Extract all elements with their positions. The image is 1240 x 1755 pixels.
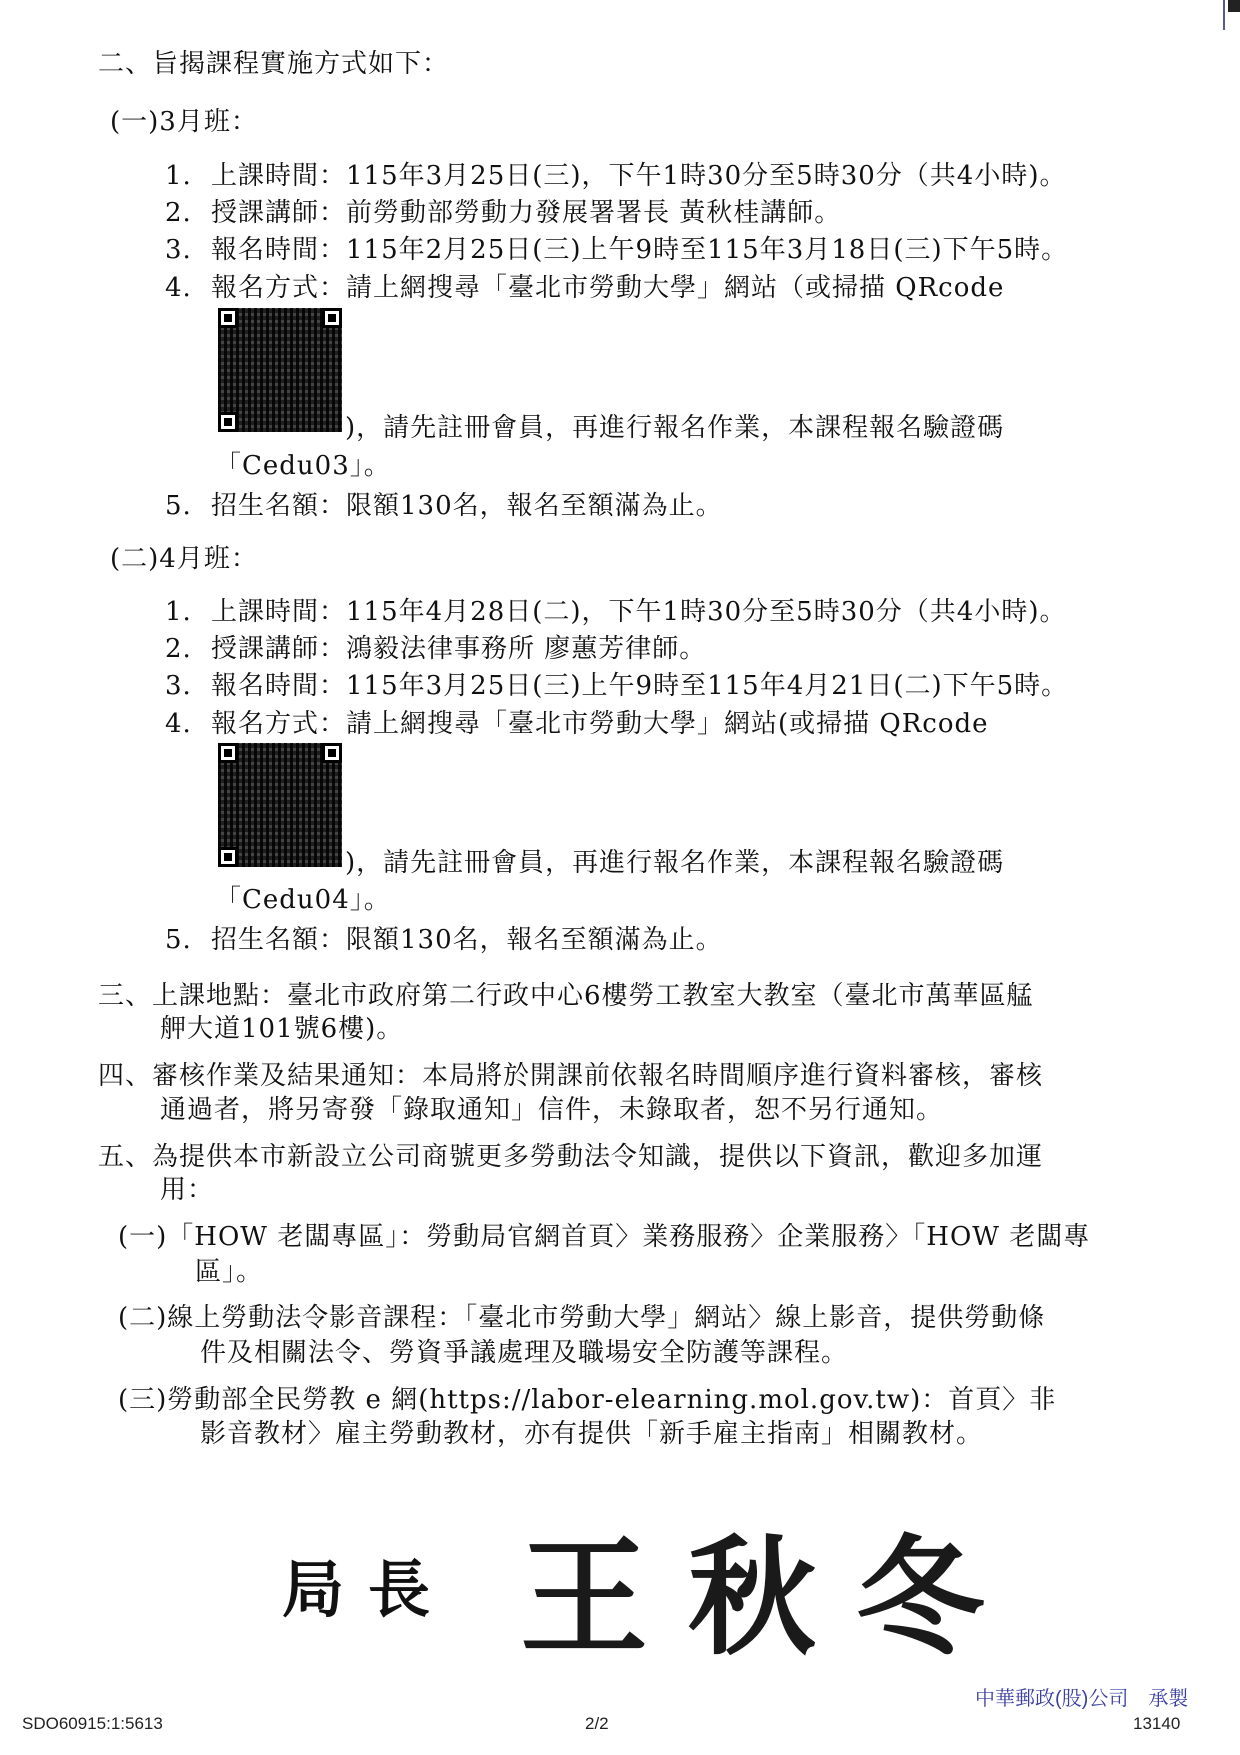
document-page: 二、旨揭課程實施方式如下： (一)3月班： 1.上課時間：115年3月25日(三… <box>0 0 1240 1755</box>
printer-credit: 中華郵政(股)公司 承製 <box>975 1682 1188 1711</box>
april-verification-code: 「Cedu04」。 <box>215 884 391 916</box>
item-number: 2. <box>165 633 211 665</box>
class-title-april: (二)4月班： <box>110 543 258 575</box>
item-text: 上課時間：115年4月28日(二)，下午1時30分至5時30分（共4小時)。 <box>211 597 1066 627</box>
qr-finder-icon <box>218 412 238 432</box>
page-number: 2/2 <box>585 1714 609 1734</box>
march-item-3: 3.報名時間：115年2月25日(三)上午9時至115年3月18日(三)下午5時… <box>165 234 1068 266</box>
scan-edge-mark <box>1228 0 1240 12</box>
section-3-line-1: 三、上課地點：臺北市政府第二行政中心6樓勞工教室大教室（臺北市萬華區艋 <box>98 980 1034 1012</box>
document-code: SDO60915:1:5613 <box>22 1714 163 1734</box>
april-item-3: 3.報名時間：115年3月25日(三)上午9時至115年4月21日(二)下午5時… <box>165 670 1068 702</box>
item-number: 3. <box>165 670 211 702</box>
section-5-line-1: 五、為提供本市新設立公司商號更多勞動法令知識，提供以下資訊，歡迎多加運 <box>98 1141 1043 1173</box>
item-text: 招生名額：限額130名，報名至額滿為止。 <box>211 491 723 521</box>
march-item-4: 4.報名方式：請上網搜尋「臺北市勞動大學」網站（或掃描 QRcode <box>165 272 1004 304</box>
march-item-5: 5.招生名額：限額130名，報名至額滿為止。 <box>165 490 723 522</box>
april-item-1: 1.上課時間：115年4月28日(二)，下午1時30分至5時30分（共4小時)。 <box>165 596 1066 628</box>
qr-finder-icon <box>218 308 238 328</box>
march-item-1: 1.上課時間：115年3月25日(三)，下午1時30分至5時30分（共4小時)。 <box>165 160 1066 192</box>
item-text: 報名方式：請上網搜尋「臺北市勞動大學」網站(或掃描 QRcode <box>211 709 989 739</box>
april-item-4: 4.報名方式：請上網搜尋「臺北市勞動大學」網站(或掃描 QRcode <box>165 708 989 740</box>
item-text: 報名時間：115年2月25日(三)上午9時至115年3月18日(三)下午5時。 <box>211 235 1068 265</box>
item-number: 1. <box>165 160 211 192</box>
april-item-5: 5.招生名額：限額130名，報名至額滿為止。 <box>165 924 723 956</box>
item-number: 5. <box>165 924 211 956</box>
march-item-2: 2.授課講師：前勞動部勞動力發展署署長 黃秋桂講師。 <box>165 197 841 229</box>
item-text: 報名方式：請上網搜尋「臺北市勞動大學」網站（或掃描 QRcode <box>211 273 1004 303</box>
item-number: 3. <box>165 234 211 266</box>
april-item-4-cont: )，請先註冊會員，再進行報名作業，本課程報名驗證碼 <box>345 847 1004 879</box>
section-4-line-1: 四、審核作業及結果通知：本局將於開課前依報名時間順序進行資料審核，審核 <box>98 1060 1043 1092</box>
march-verification-code: 「Cedu03」。 <box>215 450 391 482</box>
section-4-line-2: 通過者，將另寄發「錄取通知」信件，未錄取者，恕不另行通知。 <box>160 1094 943 1126</box>
item-text: 授課講師：前勞動部勞動力發展署署長 黃秋桂講師。 <box>211 198 841 228</box>
qr-finder-icon <box>218 743 238 763</box>
resource-3-line-2: 影音教材〉雇主勞動教材，亦有提供「新手雇主指南」相關教材。 <box>200 1418 983 1450</box>
qr-finder-icon <box>322 308 342 328</box>
item-text: 報名時間：115年3月25日(三)上午9時至115年4月21日(二)下午5時。 <box>211 671 1068 701</box>
march-item-4-cont: )，請先註冊會員，再進行報名作業，本課程報名驗證碼 <box>345 412 1004 444</box>
resource-2-line-1: (二)線上勞動法令影音課程：「臺北市勞動大學」網站〉線上影音，提供勞動條 <box>118 1302 1045 1334</box>
item-number: 4. <box>165 272 211 304</box>
item-text: 授課講師：鴻毅法律事務所 廖蕙芳律師。 <box>211 634 706 664</box>
resource-3-line-1[interactable]: (三)勞動部全民勞教 e 網(https://labor-elearning.m… <box>118 1384 1056 1416</box>
resource-2-line-2: 件及相關法令、勞資爭議處理及職場安全防護等課程。 <box>200 1337 848 1369</box>
qr-code-march[interactable] <box>218 308 342 432</box>
section-heading-2: 二、旨揭課程實施方式如下： <box>98 48 449 80</box>
postal-code: 13140 <box>1133 1714 1180 1734</box>
section-3-line-2: 舺大道101號6樓)。 <box>160 1013 403 1045</box>
resource-1-line-2: 區」。 <box>195 1256 263 1288</box>
item-number: 4. <box>165 708 211 740</box>
item-number: 1. <box>165 596 211 628</box>
scan-edge-mark <box>1223 0 1225 30</box>
signature-title: 局長 <box>282 1540 454 1629</box>
resource-1-line-1: (一)「HOW 老闆專區」：勞動局官網首頁〉業務服務〉企業服務〉「HOW 老闆專 <box>118 1221 1090 1253</box>
qr-code-april[interactable] <box>218 743 342 867</box>
item-text: 上課時間：115年3月25日(三)，下午1時30分至5時30分（共4小時)。 <box>211 161 1066 191</box>
class-title-march: (一)3月班： <box>110 106 258 138</box>
april-item-2: 2.授課講師：鴻毅法律事務所 廖蕙芳律師。 <box>165 633 706 665</box>
qr-finder-icon <box>322 743 342 763</box>
signature-name: 王秋冬 <box>520 1495 1024 1679</box>
section-5-line-2: 用： <box>160 1174 214 1206</box>
item-number: 2. <box>165 197 211 229</box>
item-number: 5. <box>165 490 211 522</box>
qr-finder-icon <box>218 847 238 867</box>
item-text: 招生名額：限額130名，報名至額滿為止。 <box>211 925 723 955</box>
